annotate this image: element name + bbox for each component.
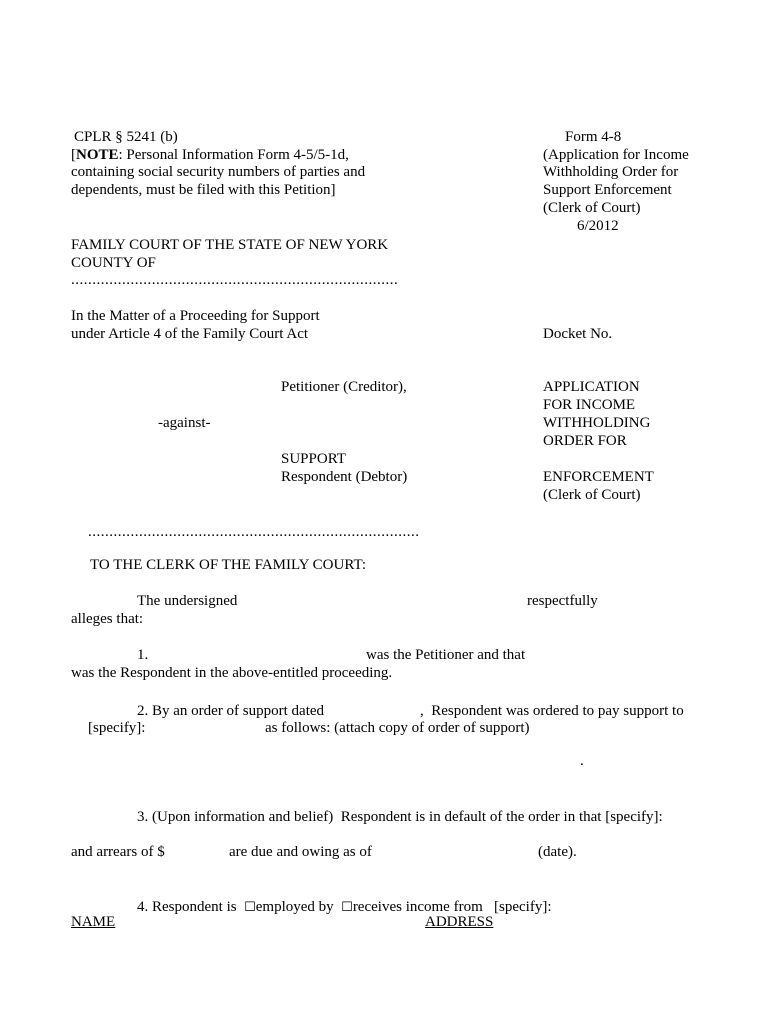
court-name: FAMILY COURT OF THE STATE OF NEW YORK (71, 236, 388, 254)
undersigned-name-field[interactable] (250, 593, 520, 608)
docket-number-label: Docket No. (543, 325, 612, 343)
note-line-3: dependents, must be filed with this Peti… (71, 181, 336, 199)
caption-rule-top: ........................................… (71, 271, 397, 289)
item2-payee-field[interactable] (154, 720, 259, 735)
item1-number: 1. (137, 646, 148, 664)
item2-follows: as follows: (attach copy of order of sup… (265, 719, 530, 737)
name-column-header: NAME (71, 913, 115, 931)
item2-specify-label: [specify]: (88, 719, 145, 737)
docket-number-field[interactable] (617, 326, 727, 341)
form-title-line-1: (Application for Income (543, 146, 689, 164)
form-revision-date: 6/2012 (577, 217, 619, 235)
document-page: CPLR § 5241 (b) [NOTE: Personal Informat… (0, 0, 770, 1024)
alleges-label: alleges that: (71, 610, 143, 628)
item3-owing-text: are due and owing as of (229, 843, 372, 861)
cplr-citation: CPLR § 5241 (b) (74, 128, 178, 146)
county-name-field[interactable] (162, 255, 400, 270)
dotted-rule: ........................................… (88, 523, 420, 541)
item3-date-label: (date). (538, 843, 577, 861)
dotted-rule: ........................................… (71, 271, 397, 289)
note-line-2: containing social security numbers of pa… (71, 163, 365, 181)
item3-arrears-pre: and arrears of $ (71, 843, 165, 861)
against-label: -against- (158, 414, 210, 432)
item2-order-terms-field[interactable] (88, 739, 576, 767)
item2-pre: 2. By an order of support dated (137, 702, 324, 720)
item1-continuation: was the Respondent in the above-entitled… (71, 664, 392, 682)
undersigned-pre: The undersigned (137, 592, 237, 610)
employed-by-checkbox[interactable]: ☐ (244, 900, 256, 915)
right-title-withholding: WITHHOLDING (543, 414, 650, 432)
form-number: Form 4-8 (565, 128, 621, 146)
receives-income-checkbox[interactable]: ☐ (341, 900, 353, 915)
matter-line-2: under Article 4 of the Family Court Act (71, 325, 308, 343)
item3-default-details-field[interactable] (88, 827, 648, 842)
support-label: SUPPORT (281, 450, 346, 468)
item4-option-employed: employed by (256, 899, 341, 915)
caption-rule-bottom: ........................................… (88, 523, 420, 541)
address-column-header: ADDRESS (425, 913, 493, 931)
note-line-1: [NOTE: Personal Information Form 4-5/5-1… (71, 146, 349, 164)
item4-specify-label: [specify]: (494, 899, 551, 915)
undersigned-post: respectfully (527, 592, 598, 610)
item3-text: 3. (Upon information and belief) Respond… (137, 808, 663, 826)
right-title-enforcement: ENFORCEMENT (543, 468, 654, 486)
matter-line-1: In the Matter of a Proceeding for Suppor… (71, 307, 320, 325)
form-title-line-2: Withholding Order for (543, 163, 678, 181)
note-rest: : Personal Information Form 4-5/5-1d, (119, 147, 349, 163)
item4-pre: 4. Respondent is (137, 899, 244, 915)
item1-petitioner-name-field[interactable] (160, 647, 360, 662)
right-title-order-for: ORDER FOR (543, 432, 627, 450)
right-title-clerk: (Clerk of Court) (543, 486, 640, 504)
note-word: NOTE (76, 147, 119, 163)
form-title-line-4: (Clerk of Court) (543, 199, 640, 217)
item2-order-date-field[interactable] (343, 703, 417, 718)
item3-arrears-amount-field[interactable] (152, 844, 224, 859)
salutation: TO THE CLERK OF THE FAMILY COURT: (90, 556, 366, 574)
item3-asof-date-field[interactable] (390, 844, 530, 859)
respondent-label: Respondent (Debtor) (281, 468, 407, 486)
right-title-application: APPLICATION (543, 378, 640, 396)
form-title-line-3: Support Enforcement (543, 181, 672, 199)
item1-text: was the Petitioner and that (366, 646, 525, 664)
county-label: COUNTY OF (71, 254, 156, 272)
item2-terminal-period: . (580, 752, 584, 770)
right-title-for-income: FOR INCOME (543, 396, 635, 414)
item2-post: , Respondent was ordered to pay support … (420, 702, 684, 720)
petitioner-label: Petitioner (Creditor), (281, 378, 407, 396)
